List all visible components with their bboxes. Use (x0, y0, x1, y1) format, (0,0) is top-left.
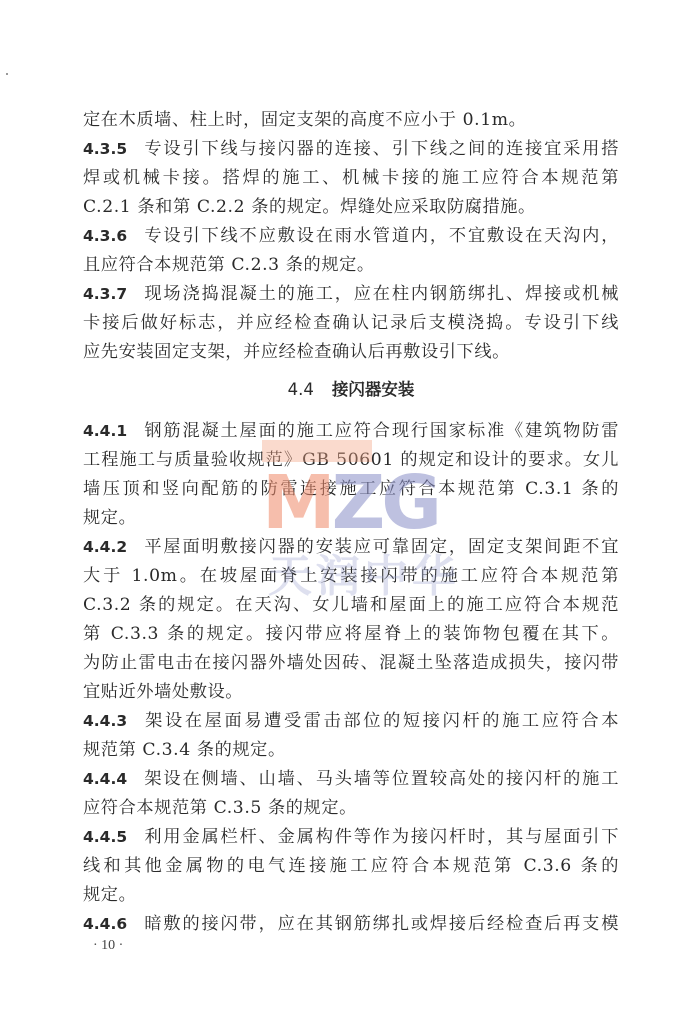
clause-number: 4.4.4 (83, 770, 127, 788)
clause-number: 4.4.3 (83, 712, 127, 730)
line-text: 专设引下线不应敷设在雨水管道内，不宜敷设在天沟内， (143, 226, 619, 246)
line-text: 规定。 (83, 885, 136, 905)
scan-speck (6, 73, 8, 75)
page-number: · 10 · (93, 938, 123, 954)
line-text: 墙压顶和竖向配筋的防雷连接施工应符合本规范第 C.3.1 条的 (83, 479, 619, 499)
text-line: 卡接后做好标志，并应经检查确认记录后支模浇捣。专设引下线 (83, 309, 619, 338)
text-line: 规范第 C.3.4 条的规定。 (83, 736, 619, 765)
text-line: 为防止雷电击在接闪器外墙处因砖、混凝土坠落造成损失，接闪带 (83, 649, 619, 678)
clause-4-3-7: 4.3.7现场浇捣混凝土的施工，应在柱内钢筋绑扎、焊接或机械 (83, 280, 619, 309)
line-text: 专设引下线与接闪器的连接、引下线之间的连接宜采用搭 (143, 139, 619, 159)
line-text: 钢筋混凝土屋面的施工应符合现行国家标准《建筑物防雷 (143, 421, 619, 441)
text-line: 规定。 (83, 881, 619, 910)
section-title: 接闪器安装 (332, 380, 415, 399)
line-text: C.3.2 条的规定。在天沟、女儿墙和屋面上的施工应符合本规范 (83, 595, 619, 615)
line-text: 大于 1.0m。在坡屋面脊上安装接闪带的施工应符合本规范第 (83, 566, 619, 586)
line-text: 现场浇捣混凝土的施工，应在柱内钢筋绑扎、焊接或机械 (143, 284, 619, 304)
line-text: 工程施工与质量验收规范》GB 50601 的规定和设计的要求。女儿 (83, 450, 619, 470)
line-text: 应符合本规范第 C.3.5 条的规定。 (83, 798, 357, 818)
clause-number: 4.3.7 (83, 285, 127, 303)
text-line: C.2.1 条和第 C.2.2 条的规定。焊缝处应采取防腐措施。 (83, 193, 619, 222)
line-text: 规范第 C.3.4 条的规定。 (83, 740, 286, 760)
line-text: 为防止雷电击在接闪器外墙处因砖、混凝土坠落造成损失，接闪带 (83, 653, 619, 673)
text-line: 规定。 (83, 504, 619, 533)
line-text: 第 C.3.3 条的规定。接闪带应将屋脊上的装饰物包覆在其下。 (83, 624, 619, 644)
section-heading: 4.4接闪器安装 (83, 375, 619, 404)
line-text: 应先安装固定支架，并应经检查确认后再敷设引下线。 (83, 342, 510, 362)
clause-number: 4.4.2 (83, 538, 127, 556)
line-text: 线和其他金属物的电气连接施工应符合本规范第 C.3.6 条的 (83, 856, 619, 876)
clause-4-4-4: 4.4.4架设在侧墙、山墙、马头墙等位置较高处的接闪杆的施工 (83, 765, 619, 794)
line-text: 定在木质墙、柱上时，固定支架的高度不应小于 0.1m。 (83, 110, 526, 130)
line-text: 卡接后做好标志，并应经检查确认记录后支模浇捣。专设引下线 (83, 313, 619, 333)
clause-4-4-6: 4.4.6暗敷的接闪带，应在其钢筋绑扎或焊接后经检查后再支模 (83, 910, 619, 939)
text-line: 第 C.3.3 条的规定。接闪带应将屋脊上的装饰物包覆在其下。 (83, 620, 619, 649)
clause-number: 4.3.5 (83, 140, 127, 158)
clause-4-4-1: 4.4.1钢筋混凝土屋面的施工应符合现行国家标准《建筑物防雷 (83, 417, 619, 446)
clause-4-4-5: 4.4.5利用金属栏杆、金属构件等作为接闪杆时，其与屋面引下 (83, 823, 619, 852)
clause-4-3-6: 4.3.6专设引下线不应敷设在雨水管道内，不宜敷设在天沟内， (83, 222, 619, 251)
text-line: 定在木质墙、柱上时，固定支架的高度不应小于 0.1m。 (83, 106, 619, 135)
line-text: 宜贴近外墙处敷设。 (83, 682, 243, 702)
text-line: 应符合本规范第 C.3.5 条的规定。 (83, 794, 619, 823)
text-line: C.3.2 条的规定。在天沟、女儿墙和屋面上的施工应符合本规范 (83, 591, 619, 620)
clause-number: 4.3.6 (83, 227, 127, 245)
section-number: 4.4 (288, 380, 314, 399)
line-text: 利用金属栏杆、金属构件等作为接闪杆时，其与屋面引下 (143, 827, 619, 847)
clause-number: 4.4.6 (83, 915, 127, 933)
line-text: 规定。 (83, 508, 136, 528)
text-line: 线和其他金属物的电气连接施工应符合本规范第 C.3.6 条的 (83, 852, 619, 881)
clause-number: 4.4.5 (83, 828, 127, 846)
text-line: 宜贴近外墙处敷设。 (83, 678, 619, 707)
line-text: 平屋面明敷接闪器的安装应可靠固定，固定支架间距不宜 (143, 537, 619, 557)
clause-4-4-2: 4.4.2平屋面明敷接闪器的安装应可靠固定，固定支架间距不宜 (83, 533, 619, 562)
line-text: 焊或机械卡接。搭焊的施工、机械卡接的施工应符合本规范第 (83, 168, 619, 188)
text-line: 且应符合本规范第 C.2.3 条的规定。 (83, 251, 619, 280)
text-line: 大于 1.0m。在坡屋面脊上安装接闪带的施工应符合本规范第 (83, 562, 619, 591)
text-line: 墙压顶和竖向配筋的防雷连接施工应符合本规范第 C.3.1 条的 (83, 475, 619, 504)
line-text: 架设在屋面易遭受雷击部位的短接闪杆的施工应符合本 (143, 711, 619, 731)
clause-number: 4.4.1 (83, 422, 127, 440)
line-text: C.2.1 条和第 C.2.2 条的规定。焊缝处应采取防腐措施。 (83, 197, 536, 217)
clause-4-3-5: 4.3.5专设引下线与接闪器的连接、引下线之间的连接宜采用搭 (83, 135, 619, 164)
text-line: 工程施工与质量验收规范》GB 50601 的规定和设计的要求。女儿 (83, 446, 619, 475)
text-line: 应先安装固定支架，并应经检查确认后再敷设引下线。 (83, 338, 619, 367)
line-text: 架设在侧墙、山墙、马头墙等位置较高处的接闪杆的施工 (143, 769, 619, 789)
text-line: 焊或机械卡接。搭焊的施工、机械卡接的施工应符合本规范第 (83, 164, 619, 193)
line-text: 且应符合本规范第 C.2.3 条的规定。 (83, 255, 375, 275)
clause-4-4-3: 4.4.3架设在屋面易遭受雷击部位的短接闪杆的施工应符合本 (83, 707, 619, 736)
line-text: 暗敷的接闪带，应在其钢筋绑扎或焊接后经检查后再支模 (143, 914, 619, 934)
